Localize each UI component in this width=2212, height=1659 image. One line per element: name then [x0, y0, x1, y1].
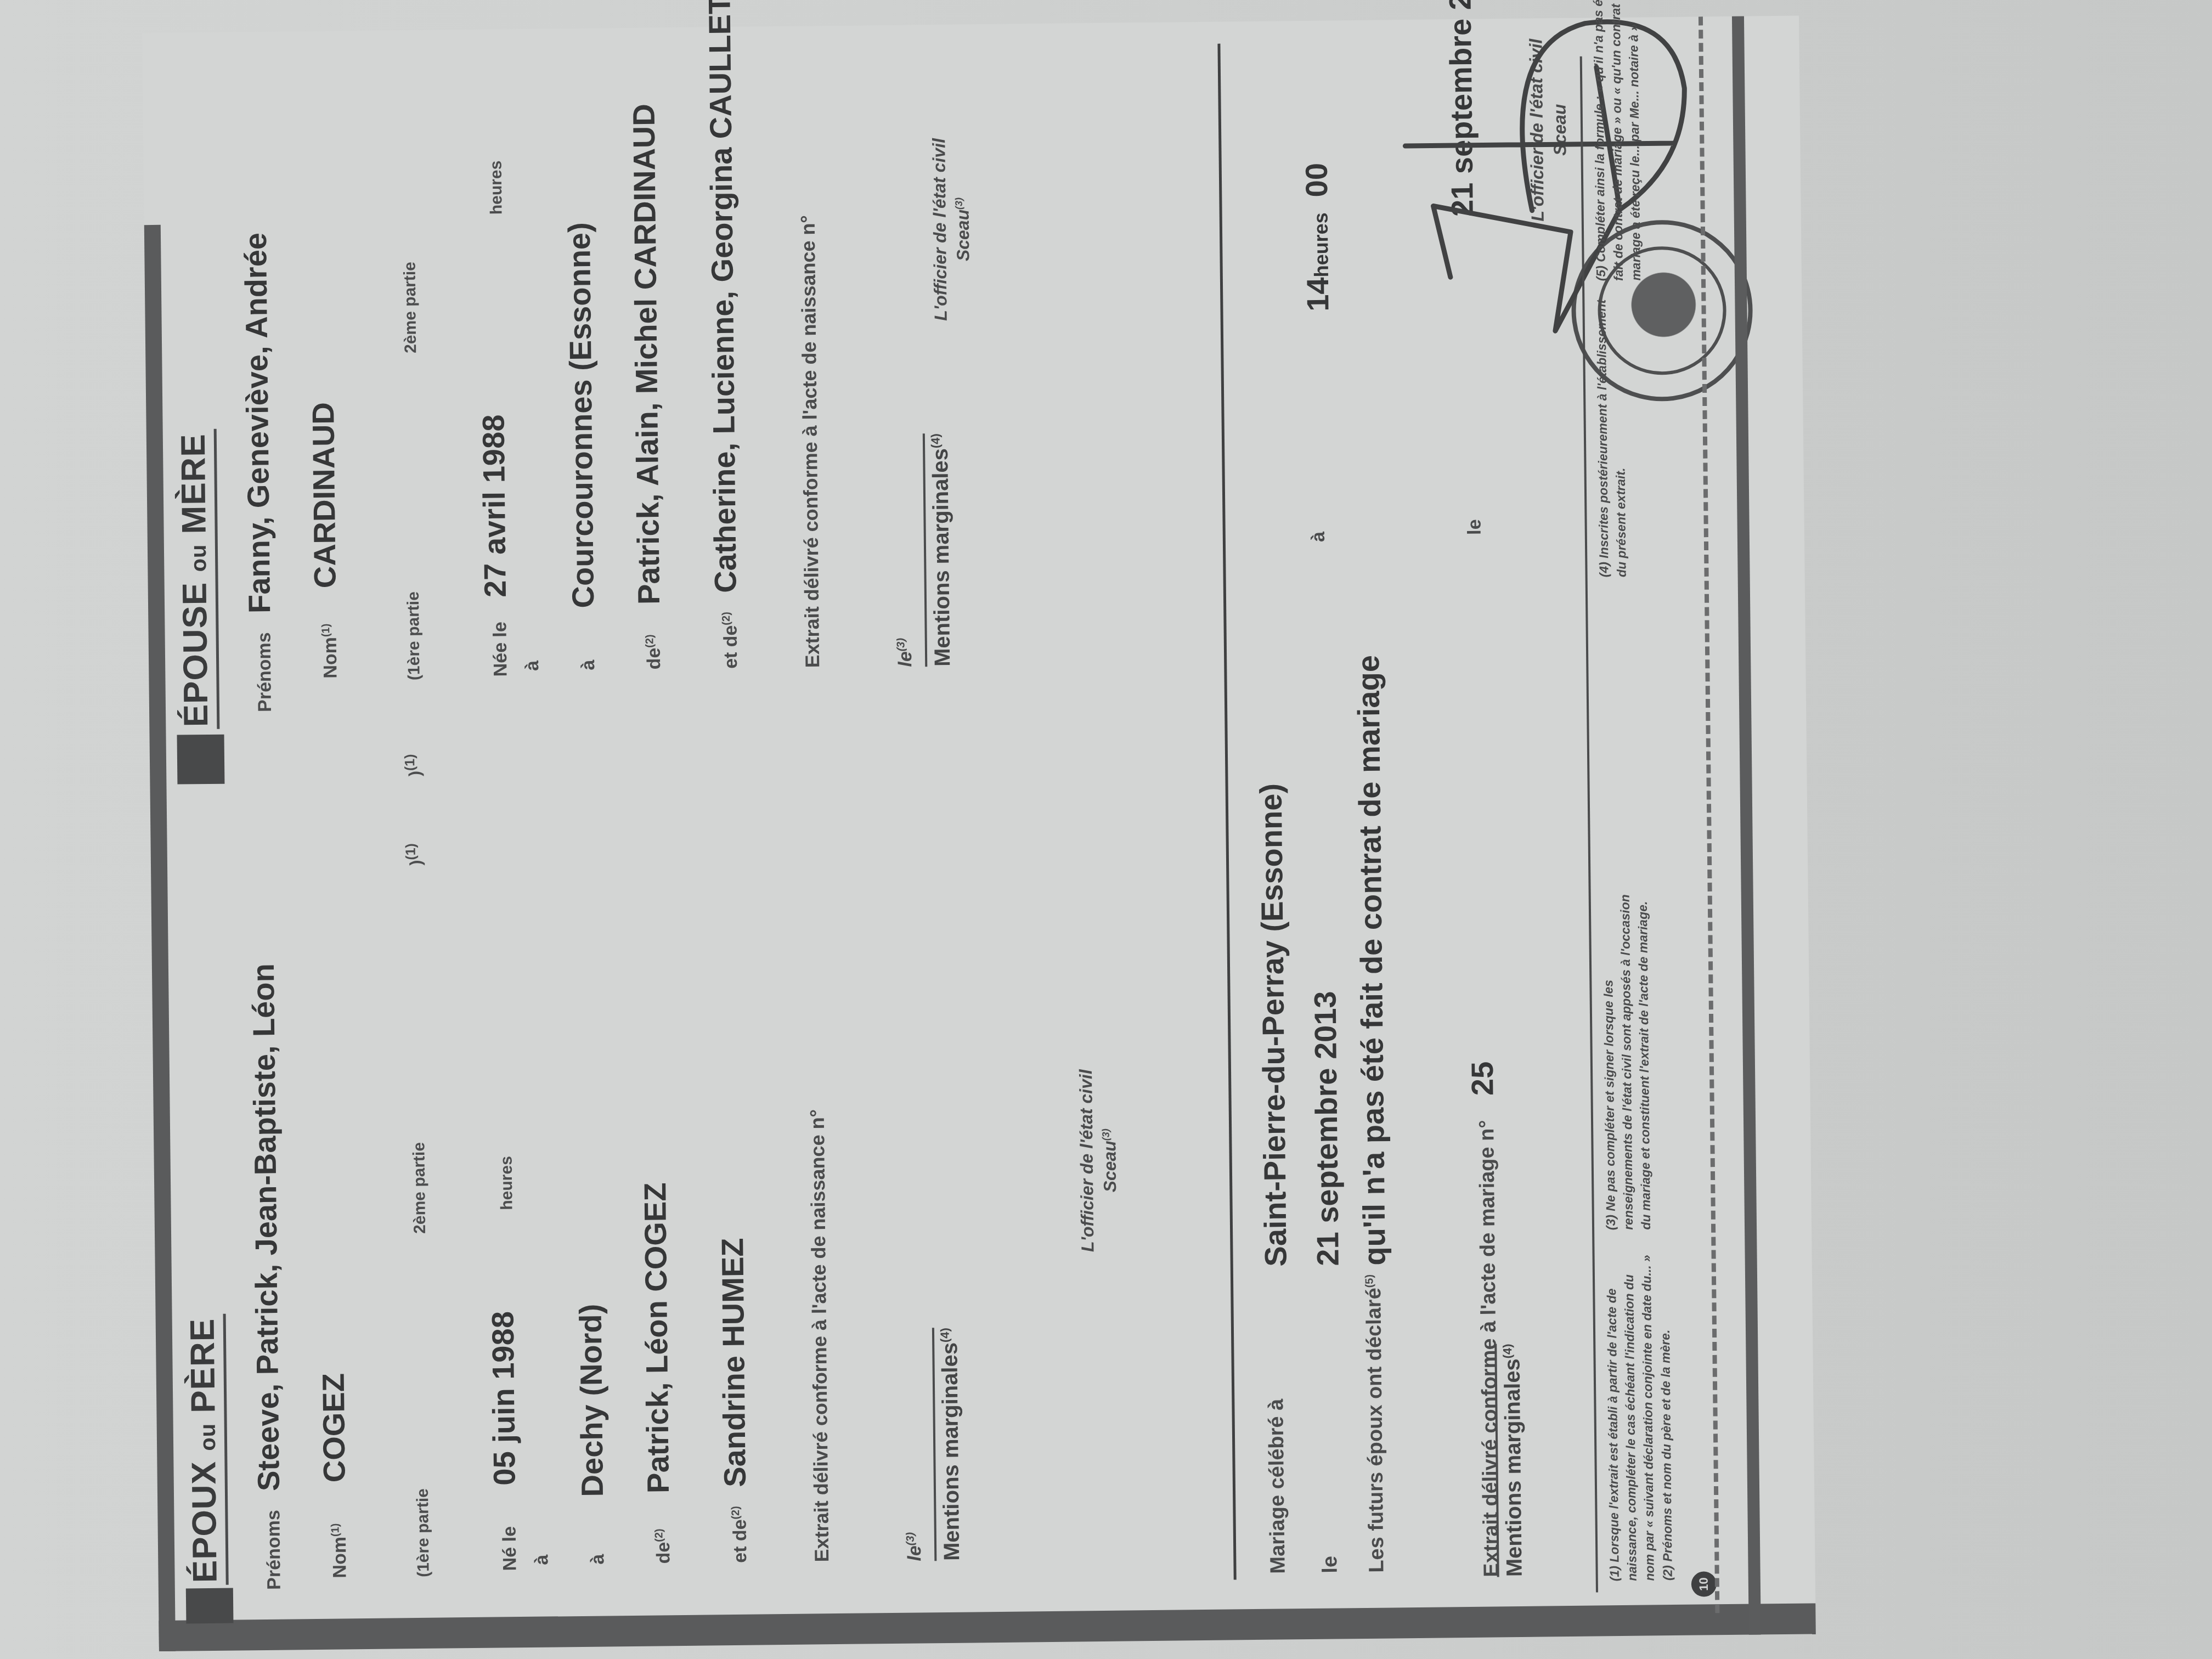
footnote-1-2: (1) Lorsque l'extrait est établi à parti…	[1602, 1251, 1677, 1581]
mariage-declaration-row: Les futurs époux ont déclaré(5) qu'il n'…	[1362, 1274, 1389, 1573]
epouse-prenoms: Fanny, Geneviève, Andrée	[238, 233, 276, 614]
epouse-column: ÉPOUSE ou MÈRE Prénoms Fanny, Geneviève,…	[164, 22, 1214, 746]
epouse-title: ÉPOUSE ou MÈRE	[174, 429, 220, 730]
epouse-officier-etat-civil: L'officier de l'état civil Sceau(3)	[928, 138, 975, 321]
epouse-date-naissance: 27 avril 1988	[476, 414, 512, 597]
header-marker	[186, 1588, 234, 1624]
marriage-certificate-extract: ÉPOUX ou PÈRE Prénoms Steeve, Patrick, J…	[142, 16, 1816, 1651]
mariage-heure: 14heures00	[1299, 163, 1336, 312]
epouse-pere-row: de(2) Patrick, Alain, Michel CARDINAUD	[626, 104, 668, 670]
epouse-mere-row: et de(2) Catherine, Lucienne, Georgina C…	[701, 0, 744, 669]
epoux-nom: COGEZ	[316, 1373, 352, 1483]
epoux-lieu-row: à Dechy (Nord)	[572, 1304, 611, 1565]
epouse-nom-row: Nom(1) CARDINAUD	[305, 402, 343, 679]
epouse-naissance-row: Née le 27 avril 1988 heures	[473, 161, 514, 677]
epouse-lieu-naissance: Courcouronnes (Essonne)	[562, 222, 600, 608]
mariage-date: 21 septembre 2013	[1307, 991, 1346, 1266]
footnote-3: (3) Ne pas compléter et signer lorsque l…	[1599, 889, 1655, 1230]
epouse-header: ÉPOUSE ou MÈRE	[164, 32, 227, 746]
footnote-4: (4) Inscrites postérieurement à l'établi…	[1592, 292, 1630, 578]
epouse-lieu-row: à Courcouronnes (Essonne)	[561, 222, 602, 670]
epouse-pere: Patrick, Alain, Michel CARDINAUD	[627, 104, 667, 605]
footnote-5: (5) Compléter ainsi la formule : « qu'il…	[1589, 0, 1645, 281]
epoux-extrait-row: Extrait délivré conforme à l'acte de nai…	[795, 1109, 836, 1562]
epoux-pere-row: de(2) Patrick, Léon COGEZ	[637, 1182, 676, 1564]
epouse-nom: CARDINAUD	[306, 402, 342, 589]
epoux-lieu-naissance: Dechy (Nord)	[573, 1304, 610, 1497]
epoux-pere: Patrick, Léon COGEZ	[637, 1182, 675, 1493]
footnotes: (1) Lorsque l'extrait est établi à parti…	[1580, 55, 1719, 1592]
epouse-partie-row: )(1) (1ère partie 2ème partie )(1)	[393, 0, 425, 776]
header-marker	[177, 735, 225, 785]
mariage-acte-numero: 25	[1465, 1062, 1500, 1096]
section-separator	[1217, 44, 1236, 1580]
epouse-a-row: à	[522, 661, 543, 671]
epoux-mere-row: et de(2) Sandrine HUMEZ	[714, 1238, 753, 1563]
epouse-mentions-marginales: Mentions marginales(4)	[923, 433, 955, 667]
epoux-column: ÉPOUX ou PÈRE Prénoms Steeve, Patrick, J…	[173, 861, 1223, 1602]
epoux-naissance-row: Né le 05 juin 1988 heures	[483, 1156, 523, 1571]
epoux-mere: Sandrine HUMEZ	[715, 1238, 752, 1487]
epouse-mere: Catherine, Lucienne, Georgina CAULLET	[702, 0, 742, 593]
page-number-left: 10	[1691, 1571, 1717, 1596]
mariage-date-row: le 21 septembre 2013 à 14heures00	[1302, 37, 1342, 1573]
epouse-extrait-row: Extrait délivré conforme à l'acte de nai…	[786, 215, 827, 668]
epoux-mentions-marginales: Mentions marginales(4)	[932, 1328, 964, 1561]
epoux-header: ÉPOUX ou PÈRE	[173, 872, 235, 1602]
epoux-title: ÉPOUX ou PÈRE	[183, 1313, 229, 1585]
epoux-a-row: à	[531, 1555, 552, 1565]
epoux-date-naissance: 05 juin 1988	[486, 1311, 522, 1486]
epoux-partie-row: (1ère partie 2ème partie )(1)	[403, 843, 433, 1577]
mariage-lieu-row: Mariage célébré à Saint-Pierre-du-Perray…	[1265, 1398, 1290, 1573]
epoux-officier-etat-civil: L'officier de l'état civil Sceau(3)	[1075, 1069, 1122, 1252]
epouse-le-row: le(3)	[895, 638, 917, 667]
mariage-mentions-marginales: Mentions marginales(4)	[1494, 1344, 1527, 1577]
epoux-nom-row: Nom(1) COGEZ	[315, 1373, 353, 1578]
mariage-lieu: Saint-Pierre-du-Perray (Essonne)	[1253, 783, 1294, 1267]
epouse-prenoms-row: Prénoms Fanny, Geneviève, Andrée	[238, 233, 278, 713]
frame-border-bottom	[1732, 16, 1761, 1635]
mariage-declaration: qu'il n'a pas été fait de contrat de mar…	[1350, 655, 1392, 1266]
epoux-prenoms-row: Prénoms Steeve, Patrick, Jean-Baptiste, …	[245, 963, 287, 1590]
epoux-le-row: le(3)	[904, 1532, 926, 1561]
epoux-prenoms: Steeve, Patrick, Jean-Baptiste, Léon	[246, 963, 286, 1491]
